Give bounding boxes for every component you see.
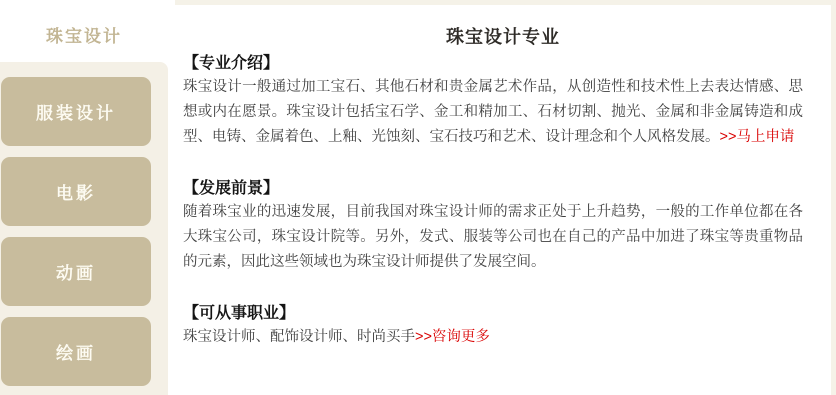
section-body-careers: 珠宝设计师、配饰设计师、时尚买手>>咨询更多 <box>183 325 803 350</box>
consult-more-link[interactable]: >>咨询更多 <box>415 329 490 345</box>
introduction-text: 珠宝设计一般通过加工宝石、其他石材和贵金属艺术作品，从创造性和技术性上去表达情感… <box>183 79 803 145</box>
sidebar-header: 珠宝设计 <box>0 0 168 62</box>
section-heading-careers: 【可从事职业】 <box>183 305 823 323</box>
section-body-prospects: 随着珠宝业的迅速发展，目前我国对珠宝设计师的需求正处于上升趋势，一般的工作单位都… <box>183 200 803 275</box>
sidebar-item-animation[interactable]: 动画 <box>1 237 151 306</box>
sidebar-item-fashion-design[interactable]: 服装设计 <box>1 77 151 146</box>
sidebar-item-painting[interactable]: 绘画 <box>1 317 151 386</box>
section-body-introduction: 珠宝设计一般通过加工宝石、其他石材和贵金属艺术作品，从创造性和技术性上去表达情感… <box>183 75 803 150</box>
sidebar-title: 珠宝设计 <box>46 22 122 47</box>
sidebar: 珠宝设计 服装设计 电影 动画 绘画 <box>0 0 175 395</box>
prospects-text: 随着珠宝业的迅速发展，目前我国对珠宝设计师的需求正处于上升趋势，一般的工作单位都… <box>183 204 803 270</box>
section-heading-introduction: 【专业介绍】 <box>183 55 823 73</box>
section-heading-prospects: 【发展前景】 <box>183 180 823 198</box>
careers-text: 珠宝设计师、配饰设计师、时尚买手 <box>183 329 415 345</box>
main-content: 珠宝设计专业 【专业介绍】 珠宝设计一般通过加工宝石、其他石材和贵金属艺术作品，… <box>175 0 836 395</box>
apply-now-link[interactable]: >>马上申请 <box>720 129 795 145</box>
page-title: 珠宝设计专业 <box>183 28 823 46</box>
sidebar-nav-panel: 服装设计 电影 动画 绘画 <box>0 62 168 395</box>
sidebar-item-movie[interactable]: 电影 <box>1 157 151 226</box>
